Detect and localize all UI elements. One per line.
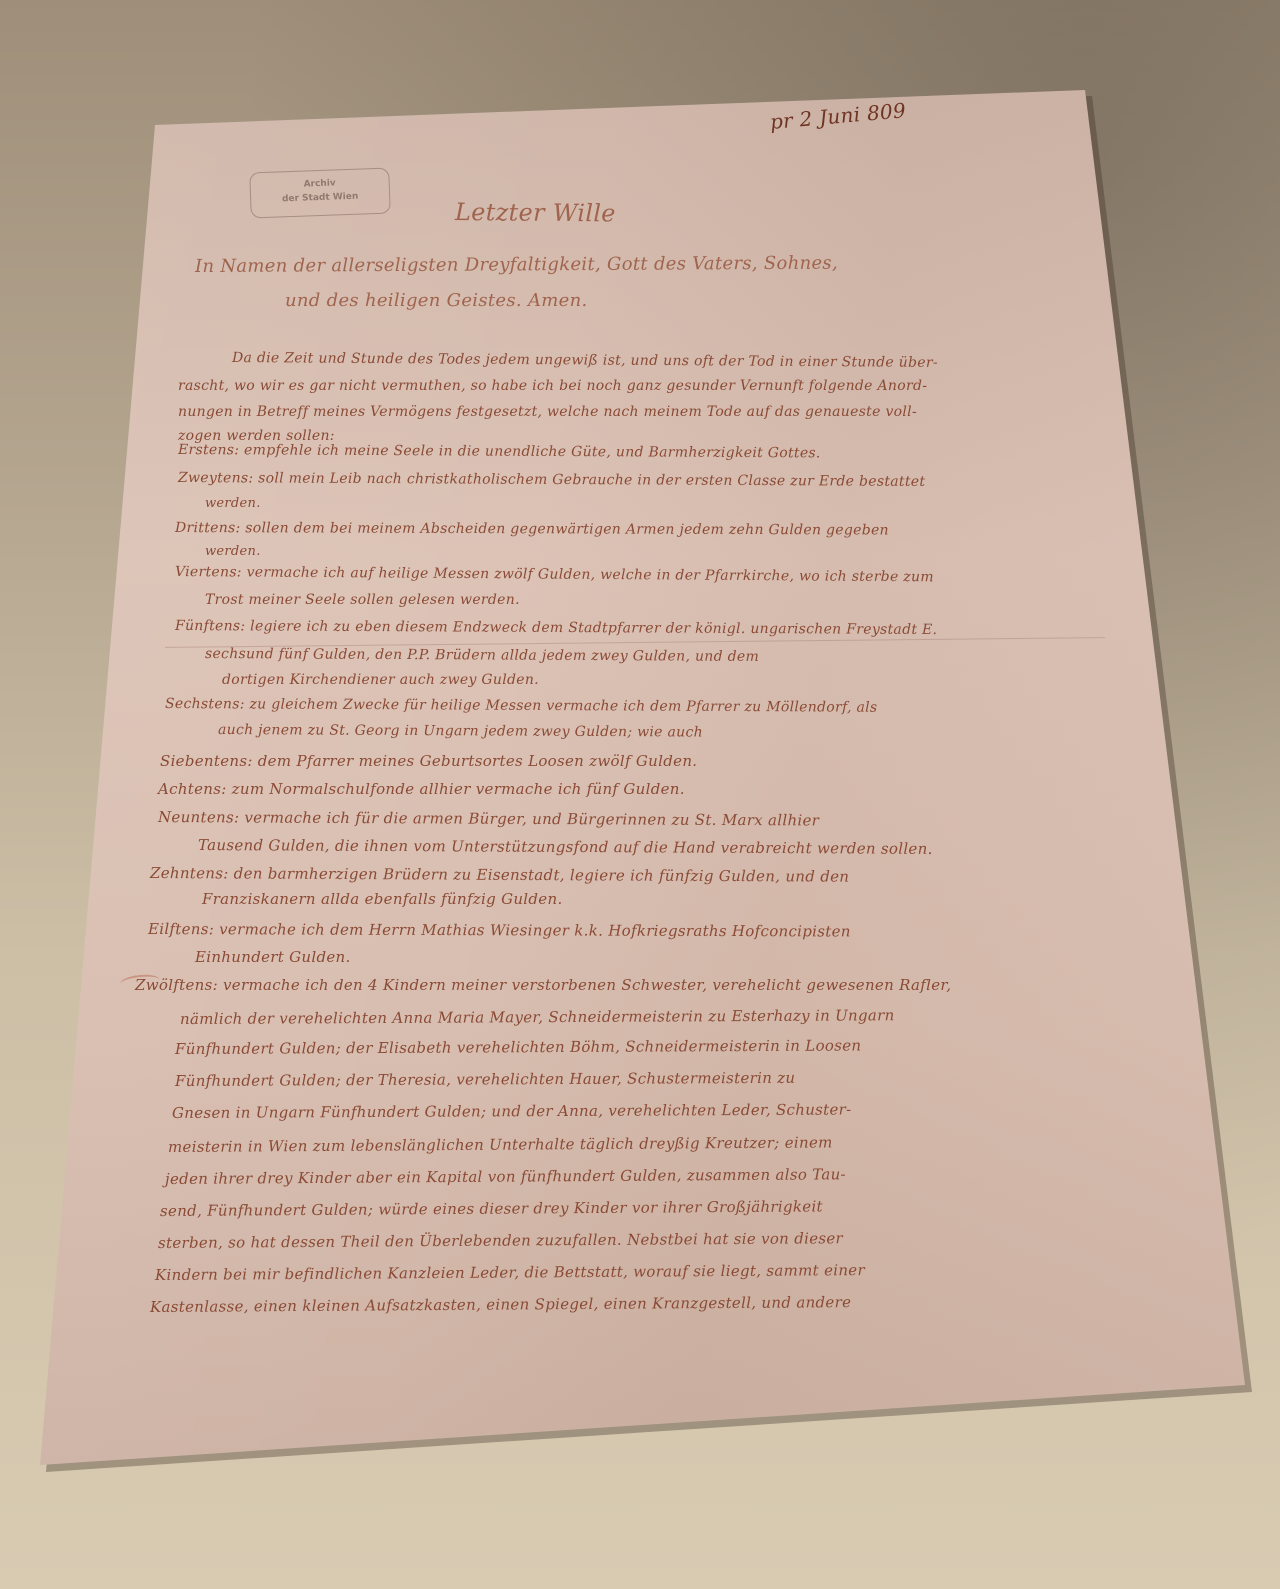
will-line: nämlich der verehelichten Anna Maria May… — [180, 1006, 895, 1028]
will-line: Franziskanern allda ebenfalls fünfzig Gu… — [202, 890, 563, 908]
will-line: rascht, wo wir es gar nicht vermuthen, s… — [178, 378, 927, 394]
will-line: Fünfhundert Gulden; der Theresia, verehe… — [175, 1069, 795, 1090]
will-line: Fünfhundert Gulden; der Elisabeth verehe… — [175, 1036, 861, 1058]
will-line: dortigen Kirchendiener auch zwey Gulden. — [222, 672, 539, 688]
will-line: Eilftens: vermache ich dem Herrn Mathias… — [148, 920, 851, 940]
invocation-line-1: In Namen der allerseligsten Dreyfaltigke… — [195, 253, 838, 277]
will-line: Trost meiner Seele sollen gelesen werden… — [205, 592, 520, 608]
will-line: Achtens: zum Normalschulfonde allhier ve… — [158, 780, 685, 798]
will-line: auch jenem zu St. Georg in Ungarn jedem … — [218, 722, 703, 741]
will-line: nungen in Betreff meines Vermögens festg… — [178, 404, 917, 420]
will-line: werden. — [205, 496, 261, 511]
will-line: Einhundert Gulden. — [195, 948, 351, 966]
will-line: Zwölftens: vermache ich den 4 Kindern me… — [135, 976, 951, 994]
will-line: Zehntens: den barmherzigen Brüdern zu Ei… — [150, 864, 849, 886]
will-line: Erstens: empfehle ich meine Seele in die… — [178, 442, 821, 461]
will-line: Gnesen in Ungarn Fünfhundert Gulden; und… — [172, 1100, 852, 1122]
will-line: Tausend Gulden, die ihnen vom Unterstütz… — [198, 836, 933, 858]
invocation-line-2: und des heiligen Geistes. Amen. — [285, 290, 588, 311]
will-line: Drittens: sollen dem bei meinem Abscheid… — [175, 520, 889, 538]
archive-stamp: Archiv der Stadt Wien — [249, 168, 391, 219]
will-line: Siebentens: dem Pfarrer meines Geburtsor… — [160, 752, 697, 770]
document-title: Letzter Wille — [455, 198, 616, 227]
will-line: Neuntens: vermache ich für die armen Bür… — [158, 808, 819, 829]
will-line: sechsund fünf Gulden, den P.P. Brüdern a… — [205, 646, 759, 665]
will-line: werden. — [205, 544, 261, 559]
